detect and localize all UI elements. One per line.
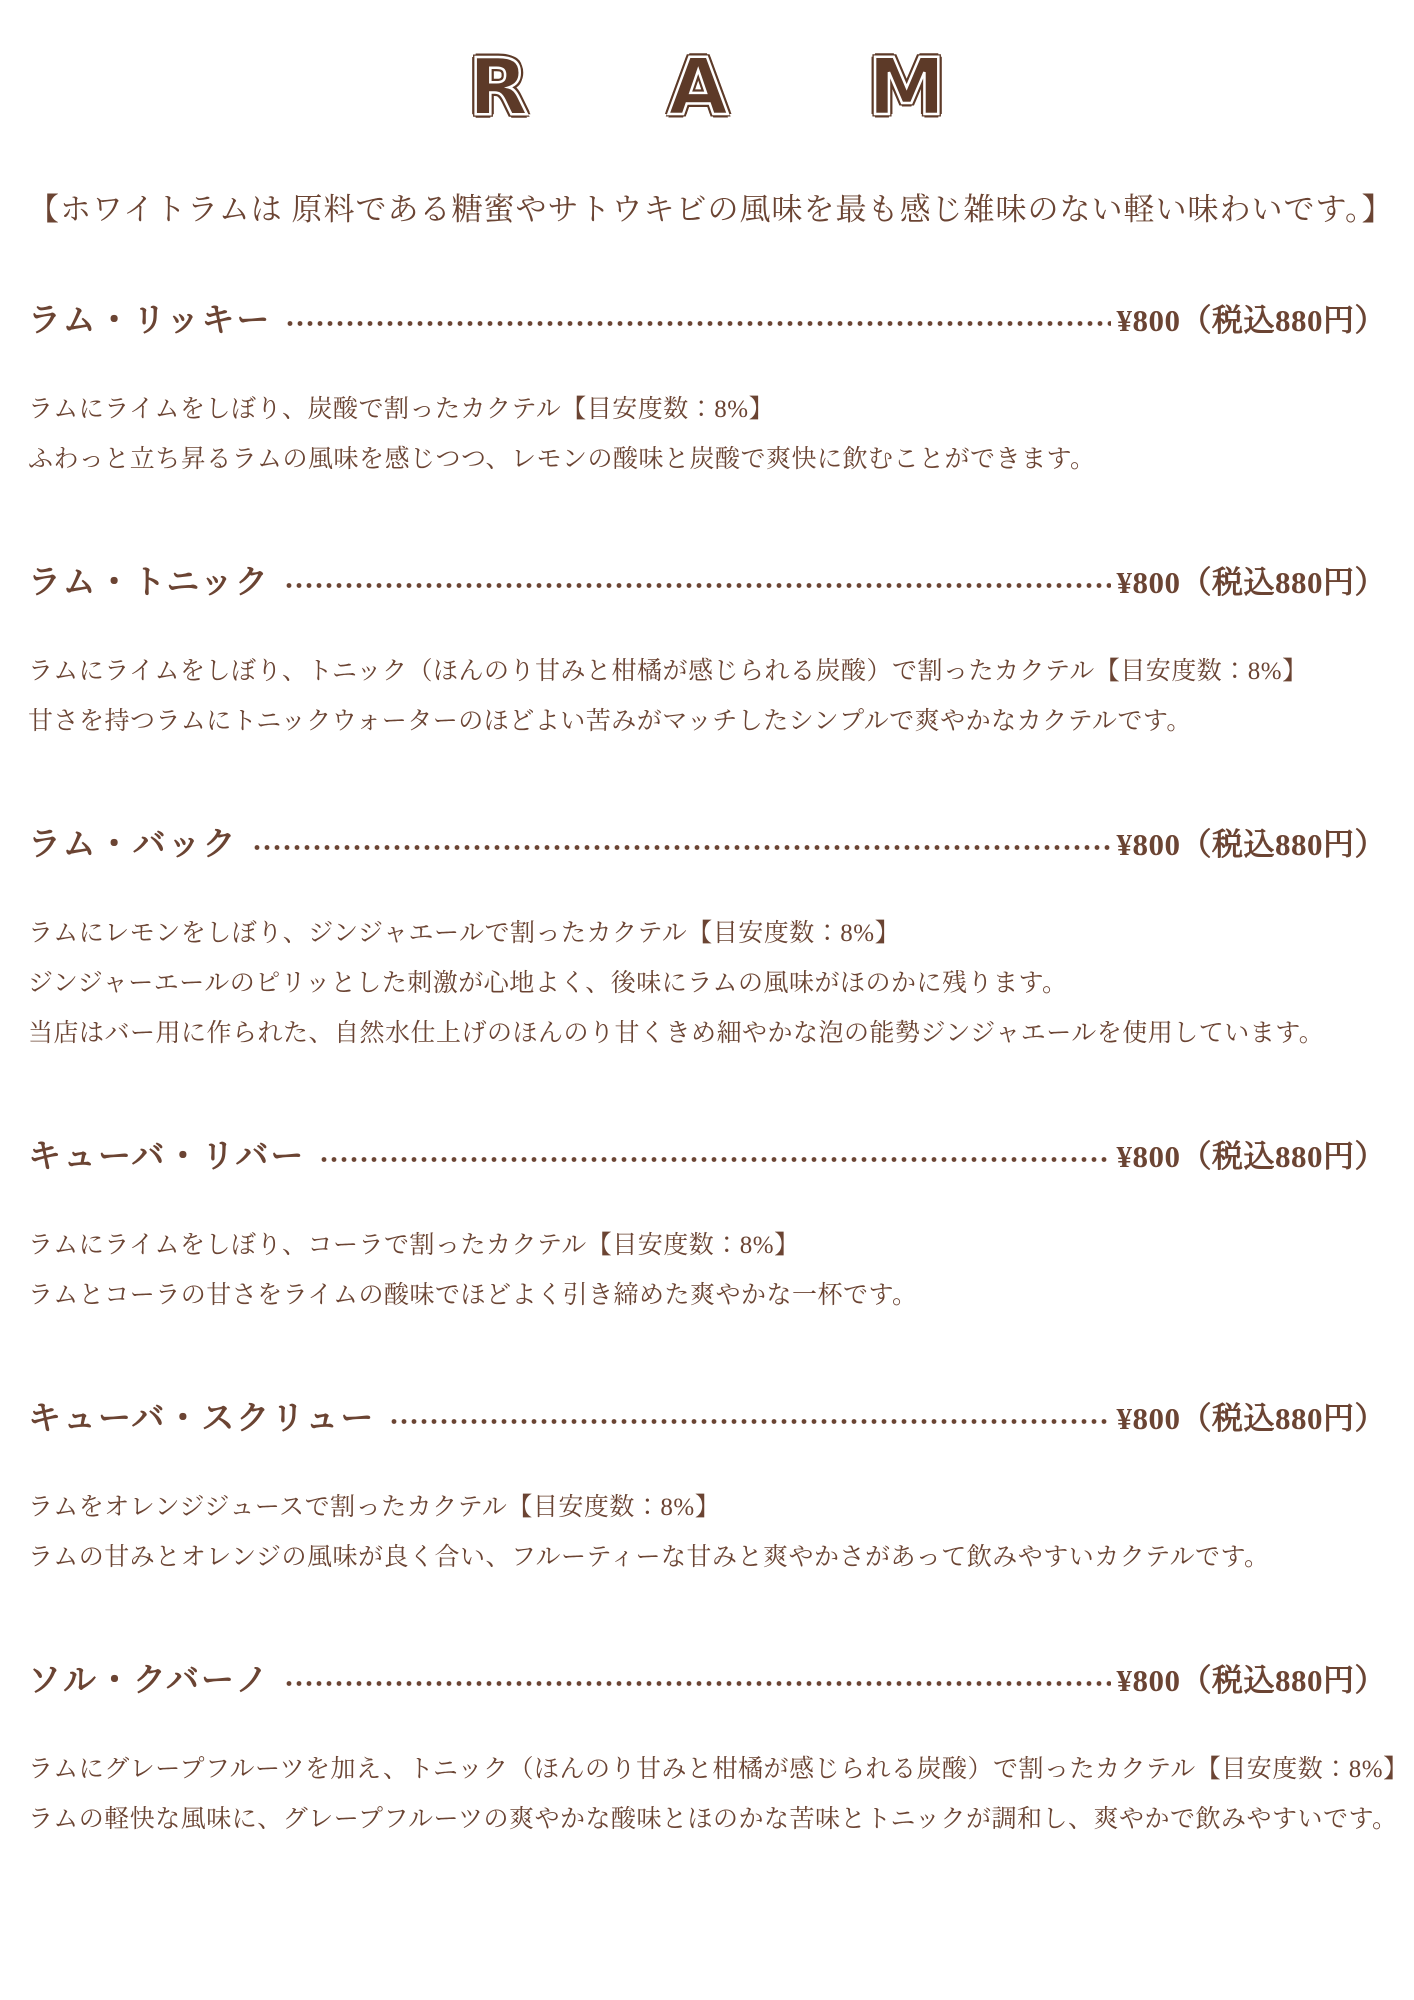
menu-item-head: ラム・バック ¥800（税込880円） xyxy=(28,823,1386,867)
menu-page: R A M 【ホワイトラムは 原料である糖蜜やサトウキビの風味を最も感じ雑味のな… xyxy=(0,0,1414,2000)
menu-item: キューバ・リバー ¥800（税込880円） ラムにライムをしぼり、コーラで割った… xyxy=(28,1135,1386,1321)
dotted-leader xyxy=(285,320,1110,327)
item-description-line: ラムにグレープフルーツを加え、トニック（ほんのり甘みと柑橘が感じられる炭酸）で割… xyxy=(28,1745,1386,1795)
dotted-leader xyxy=(284,1680,1110,1687)
item-description-line: ラムの甘みとオレンジの風味が良く合い、フルーティーな甘みと爽やかさがあって飲みや… xyxy=(28,1533,1386,1583)
menu-item-head: ラム・リッキー ¥800（税込880円） xyxy=(28,299,1386,343)
item-description-line: ラムにライムをしぼり、コーラで割ったカクテル【目安度数：8%】 xyxy=(28,1221,1386,1271)
item-price: ¥800（税込880円） xyxy=(1117,561,1387,605)
item-name: ラム・トニック xyxy=(28,561,270,605)
item-description-line: ラムをオレンジジュースで割ったカクテル【目安度数：8%】 xyxy=(28,1483,1386,1533)
dotted-leader xyxy=(319,1156,1110,1163)
item-name: ラム・リッキー xyxy=(28,299,271,343)
item-price: ¥800（税込880円） xyxy=(1117,1397,1387,1441)
menu-list: ラム・リッキー ¥800（税込880円） ラムにライムをしぼり、炭酸で割ったカク… xyxy=(28,299,1386,1845)
item-name: キューバ・リバー xyxy=(28,1135,305,1179)
item-price: ¥800（税込880円） xyxy=(1117,1659,1387,1703)
menu-item-head: キューバ・リバー ¥800（税込880円） xyxy=(28,1135,1386,1179)
dotted-leader xyxy=(284,582,1110,589)
item-price: ¥800（税込880円） xyxy=(1117,823,1387,867)
item-descriptions: ラムにライムをしぼり、コーラで割ったカクテル【目安度数：8%】ラムとコーラの甘さ… xyxy=(28,1221,1386,1321)
menu-item: ラム・リッキー ¥800（税込880円） ラムにライムをしぼり、炭酸で割ったカク… xyxy=(28,299,1386,485)
item-description-line: ジンジャーエールのピリッとした刺激が心地よく、後味にラムの風味がほのかに残ります… xyxy=(28,959,1386,1009)
dotted-leader xyxy=(389,1418,1110,1425)
item-descriptions: ラムにレモンをしぼり、ジンジャエールで割ったカクテル【目安度数：8%】ジンジャー… xyxy=(28,909,1386,1059)
item-descriptions: ラムにライムをしぼり、トニック（ほんのり甘みと柑橘が感じられる炭酸）で割ったカク… xyxy=(28,647,1386,747)
item-price: ¥800（税込880円） xyxy=(1117,1135,1387,1179)
item-description-line: ラムの軽快な風味に、グレープフルーツの爽やかな酸味とほのかな苦味とトニックが調和… xyxy=(28,1795,1386,1845)
item-description-line: ラムにライムをしぼり、炭酸で割ったカクテル【目安度数：8%】 xyxy=(28,385,1386,435)
menu-item: キューバ・スクリュー ¥800（税込880円） ラムをオレンジジュースで割ったカ… xyxy=(28,1397,1386,1583)
item-price: ¥800（税込880円） xyxy=(1117,299,1387,343)
item-description-line: ふわっと立ち昇るラムの風味を感じつつ、レモンの酸味と炭酸で爽快に飲むことができま… xyxy=(28,435,1386,485)
item-descriptions: ラムをオレンジジュースで割ったカクテル【目安度数：8%】ラムの甘みとオレンジの風… xyxy=(28,1483,1386,1583)
item-descriptions: ラムにグレープフルーツを加え、トニック（ほんのり甘みと柑橘が感じられる炭酸）で割… xyxy=(28,1745,1386,1845)
item-descriptions: ラムにライムをしぼり、炭酸で割ったカクテル【目安度数：8%】ふわっと立ち昇るラム… xyxy=(28,385,1386,485)
item-name: ソル・クバーノ xyxy=(28,1659,270,1703)
item-description-line: ラムにライムをしぼり、トニック（ほんのり甘みと柑橘が感じられる炭酸）で割ったカク… xyxy=(28,647,1386,697)
item-name: ラム・バック xyxy=(28,823,238,867)
menu-item-head: ソル・クバーノ ¥800（税込880円） xyxy=(28,1659,1386,1703)
item-description-line: ラムとコーラの甘さをライムの酸味でほどよく引き締めた爽やかな一杯です。 xyxy=(28,1271,1386,1321)
item-description-line: ラムにレモンをしぼり、ジンジャエールで割ったカクテル【目安度数：8%】 xyxy=(28,909,1386,959)
page-title: R A M xyxy=(28,46,1386,132)
menu-item-head: ラム・トニック ¥800（税込880円） xyxy=(28,561,1386,605)
menu-item: ラム・バック ¥800（税込880円） ラムにレモンをしぼり、ジンジャエールで割… xyxy=(28,823,1386,1059)
item-name: キューバ・スクリュー xyxy=(28,1397,375,1441)
item-description-line: 甘さを持つラムにトニックウォーターのほどよい苦みがマッチしたシンプルで爽やかなカ… xyxy=(28,697,1386,747)
dotted-leader xyxy=(252,844,1111,851)
intro-note: 【ホワイトラムは 原料である糖蜜やサトウキビの風味を最も感じ雑味のない軽い味わい… xyxy=(28,188,1386,233)
item-description-line: 当店はバー用に作られた、自然水仕上げのほんのり甘くきめ細やかな泡の能勢ジンジャエ… xyxy=(28,1009,1386,1059)
page-title-text: R A M xyxy=(412,46,1001,132)
menu-item: ソル・クバーノ ¥800（税込880円） ラムにグレープフルーツを加え、トニック… xyxy=(28,1659,1386,1845)
menu-item-head: キューバ・スクリュー ¥800（税込880円） xyxy=(28,1397,1386,1441)
menu-item: ラム・トニック ¥800（税込880円） ラムにライムをしぼり、トニック（ほんの… xyxy=(28,561,1386,747)
